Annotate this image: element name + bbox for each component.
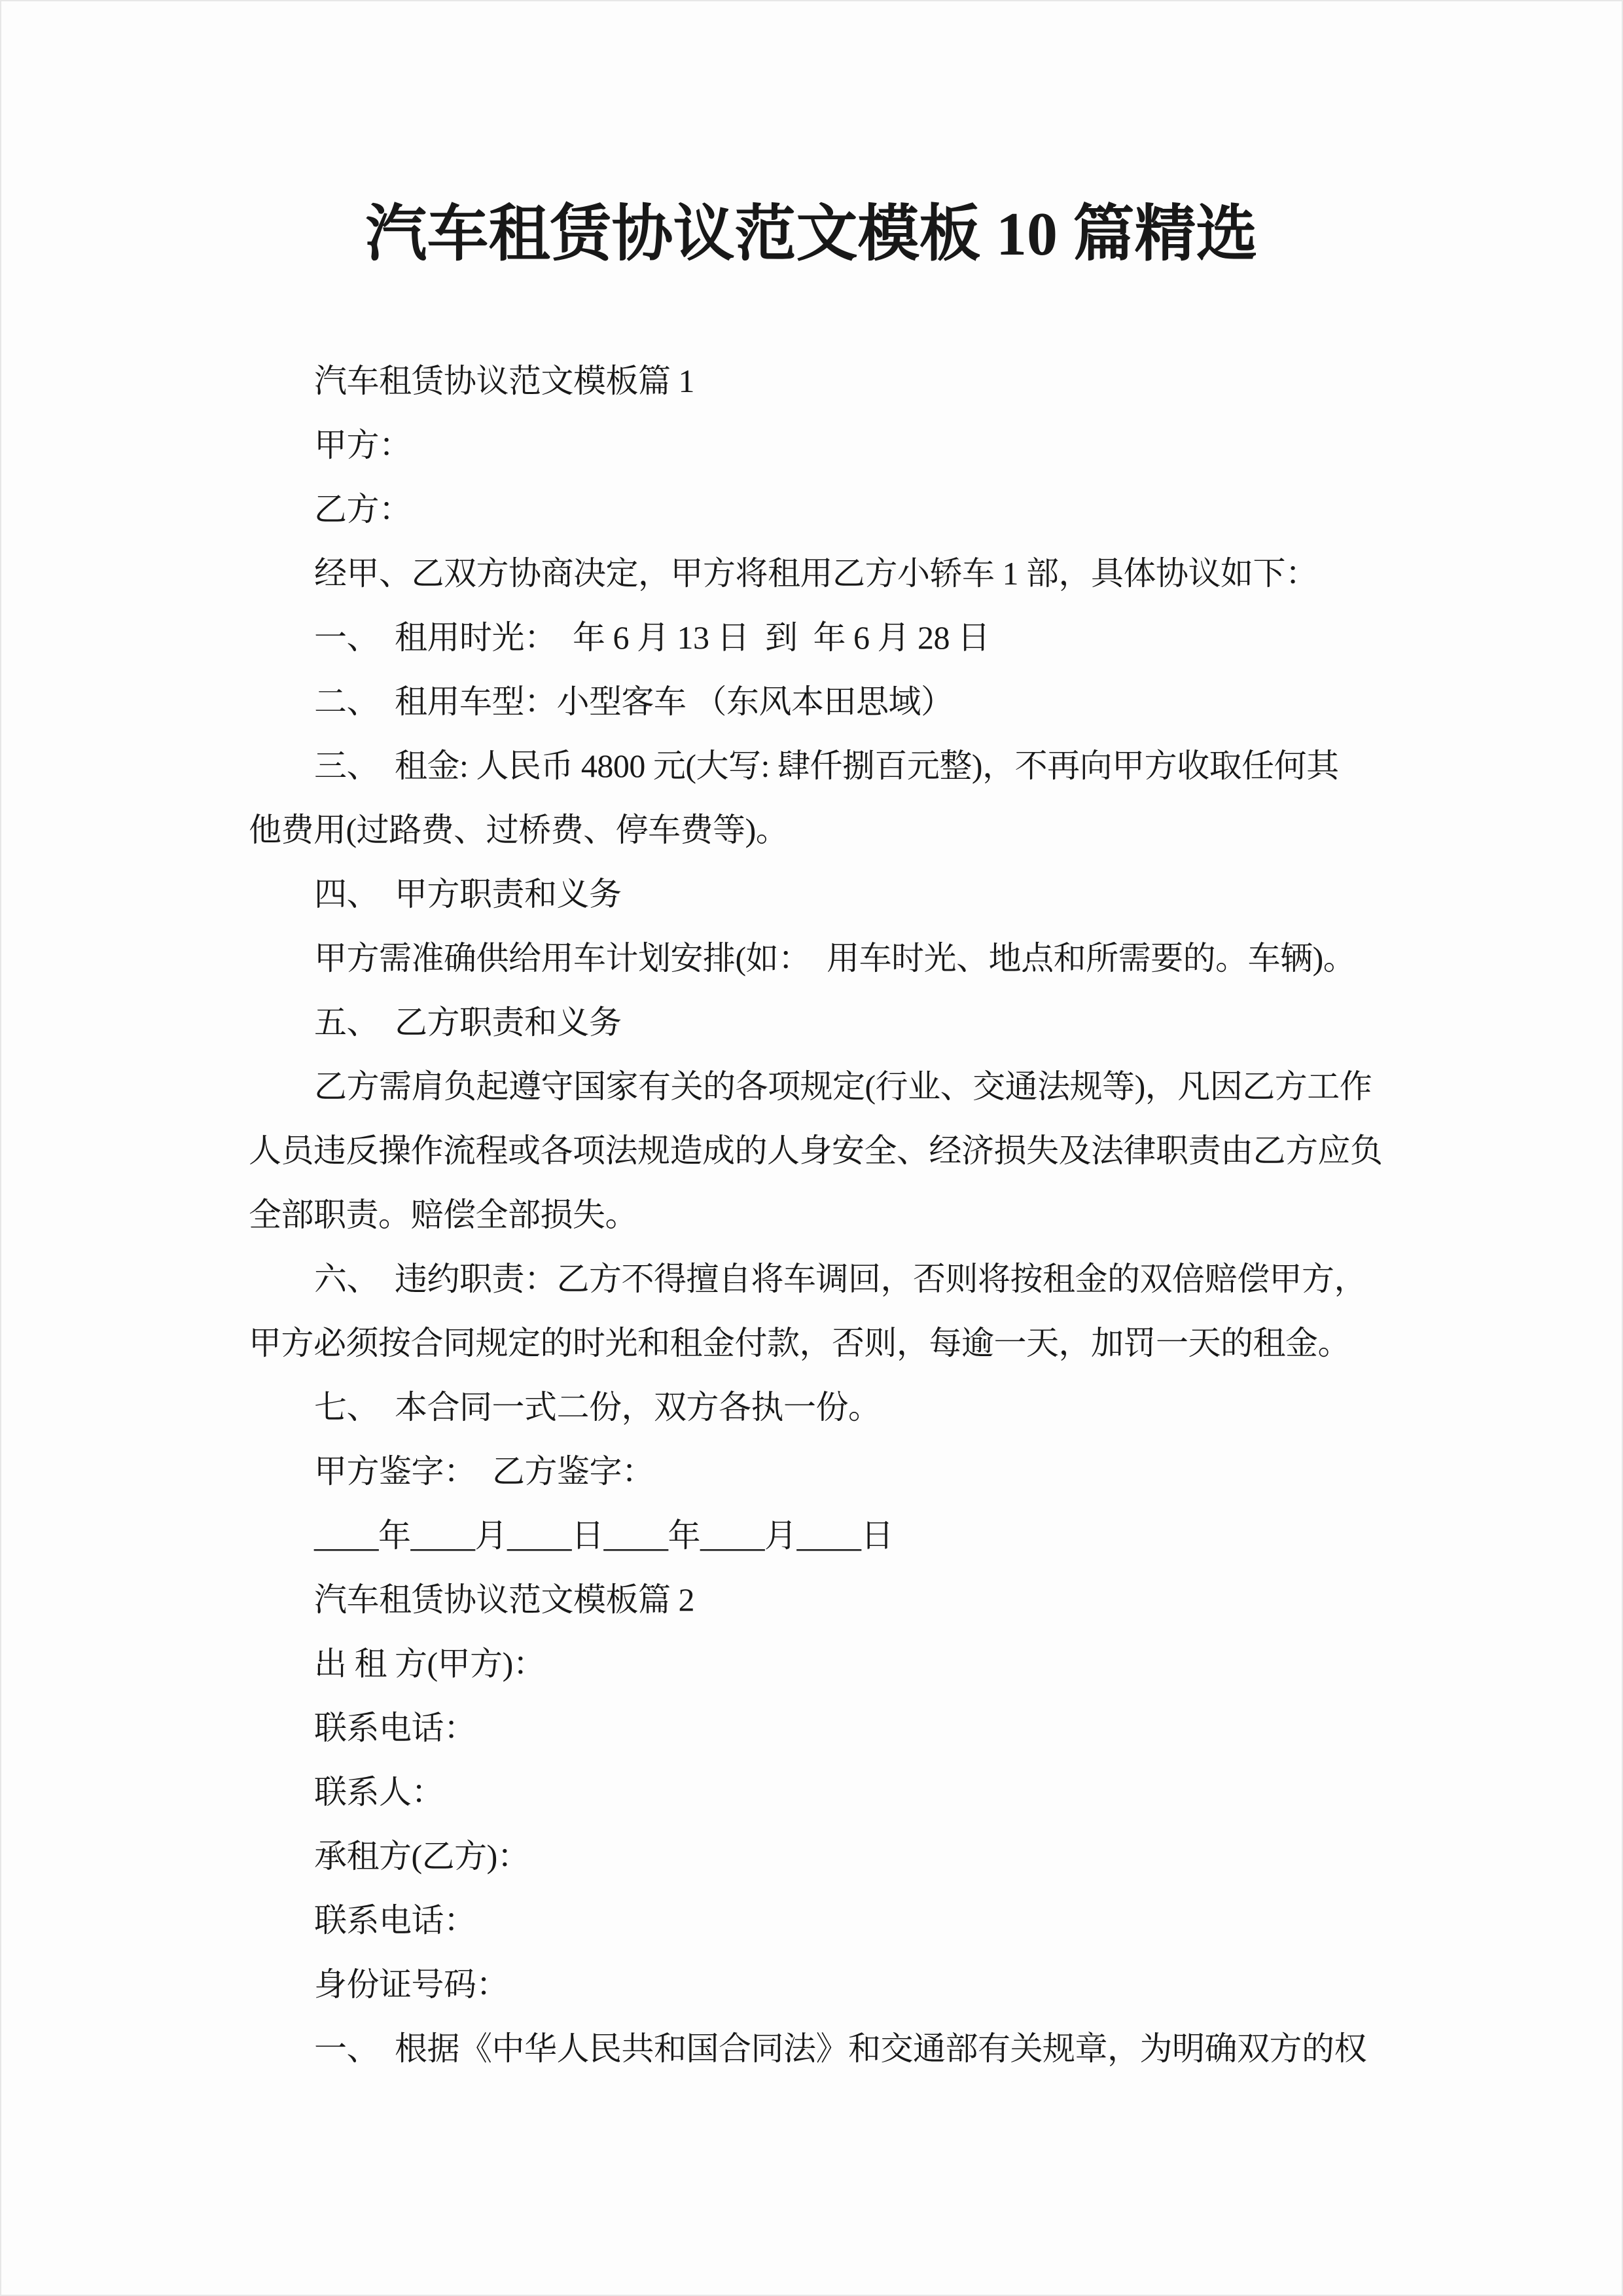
- document-body: 汽车租赁协议范文模板篇 1 甲方： 乙方： 经甲、乙双方协商决定，甲方将租用乙方…: [249, 349, 1387, 2081]
- text-line-party-b: 乙方：: [249, 477, 1387, 541]
- text-line-clause-5-cont2: 全部职责。赔偿全部损失。: [249, 1183, 1387, 1247]
- text-line-clause-7: 七、 本合同一式二份，双方各执一份。: [249, 1375, 1387, 1439]
- text-line-contact-person: 联系人：: [249, 1760, 1387, 1824]
- text-line-clause-6-cont: 甲方必须按合同规定的时光和租金付款，否则，每逾一天，加罚一天的租金。: [249, 1311, 1387, 1375]
- document-page: 汽车租赁协议范文模板 10 篇精选 汽车租赁协议范文模板篇 1 甲方： 乙方： …: [0, 0, 1623, 2296]
- text-line-clause-3: 三、 租金: 人民币 4800 元(大写: 肆仟捌百元整)，不再向甲方收取任何其: [249, 734, 1387, 798]
- text-line-clause-5: 五、 乙方职责和义务: [249, 990, 1387, 1054]
- text-line-clause-4: 四、 甲方职责和义务: [249, 862, 1387, 926]
- text-line-lessee-phone: 联系电话：: [249, 1888, 1387, 1952]
- text-line-clause-6: 六、 违约职责：乙方不得擅自将车调回，否则将按租金的双倍赔偿甲方，: [249, 1247, 1387, 1311]
- text-line-section2-clause1: 一、 根据《中华人民共和国合同法》和交通部有关规章，为明确双方的权: [249, 2017, 1387, 2081]
- text-line-clause-1: 一、 租用时光： 年 6 月 13 日 到 年 6 月 28 日: [249, 605, 1387, 670]
- text-line-date-blanks: ____年____月____日____年____月____日: [249, 1503, 1387, 1568]
- text-line-clause-4-body: 甲方需准确供给用车计划安排(如： 用车时光、地点和所需要的。车辆)。: [249, 926, 1387, 990]
- text-line-clause-5-cont1: 人员违反操作流程或各项法规造成的人身安全、经济损失及法律职责由乙方应负: [249, 1119, 1387, 1183]
- text-line-clause-2: 二、 租用车型：小型客车 （东风本田思域）: [249, 670, 1387, 734]
- text-line-party-a: 甲方：: [249, 413, 1387, 477]
- text-line-lessor-phone: 联系电话：: [249, 1696, 1387, 1760]
- text-line-clause-5-body: 乙方需肩负起遵守国家有关的各项规定(行业、交通法规等)，凡因乙方工作: [249, 1054, 1387, 1119]
- text-line-section2-heading: 汽车租赁协议范文模板篇 2: [249, 1568, 1387, 1632]
- text-line-preamble: 经甲、乙双方协商决定，甲方将租用乙方小轿车 1 部，具体协议如下：: [249, 541, 1387, 605]
- text-line-lessee: 承租方(乙方)：: [249, 1824, 1387, 1888]
- text-line-lessor: 出 租 方(甲方)：: [249, 1632, 1387, 1696]
- text-line-id-number: 身份证号码：: [249, 1952, 1387, 2017]
- text-line-signatures: 甲方鉴字： 乙方鉴字：: [249, 1439, 1387, 1503]
- text-line-clause-3-cont: 他费用(过路费、过桥费、停车费等)。: [249, 798, 1387, 862]
- text-line-section1-heading: 汽车租赁协议范文模板篇 1: [249, 349, 1387, 413]
- document-title: 汽车租赁协议范文模板 10 篇精选: [1, 195, 1622, 274]
